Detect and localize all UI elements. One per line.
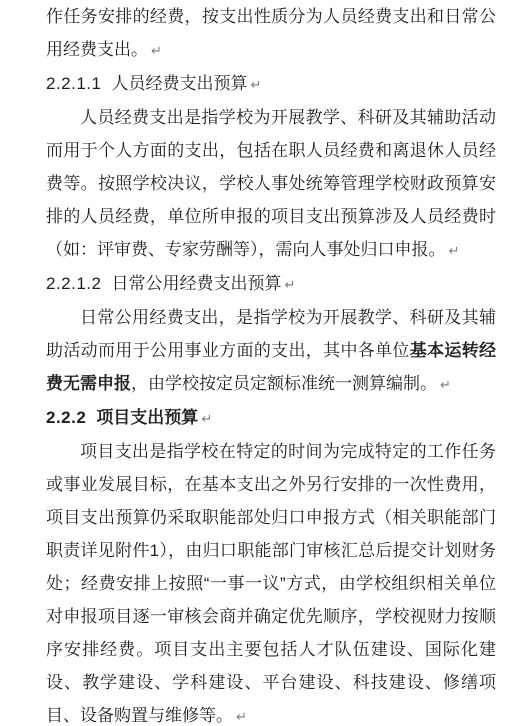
paragraph-text: ，由学校按定员定额标准统一测算编制。 [131,374,437,393]
paragraph-intro-continuation: 作任务安排的经费，按支出性质分为人员经费支出和日常公用经费支出。↵ [46,0,496,67]
paragraph-mark-icon: ↵ [285,277,296,292]
heading-2-2-2: 2.2.2项目支出预算↵ [46,401,496,435]
heading-label: 项目支出预算 [96,408,198,427]
paragraph-personnel-expense: 人员经费支出是指学校为开展教学、科研及其辅助活动而用于个人方面的支出，包括在职人… [46,101,496,267]
document-body: 作任务安排的经费，按支出性质分为人员经费支出和日常公用经费支出。↵ 2.2.1.… [0,0,520,726]
paragraph-project-expense: 项目支出是指学校在特定的时间为完成特定的工作任务或事业发展目标，在基本支出之外另… [46,435,496,726]
heading-label: 人员经费支出预算 [112,74,248,93]
document-page: 作任务安排的经费，按支出性质分为人员经费支出和日常公用经费支出。↵ 2.2.1.… [0,0,520,726]
paragraph-mark-icon: ↵ [440,377,451,392]
heading-number: 2.2.2 [46,408,86,427]
paragraph-text: 项目支出是指学校在特定的时间为完成特定的工作任务或事业发展目标，在基本支出之外另… [46,442,496,725]
paragraph-text: 人员经费支出是指学校为开展教学、科研及其辅助活动而用于个人方面的支出，包括在职人… [46,108,496,259]
paragraph-mark-icon: ↵ [236,709,247,724]
paragraph-mark-icon: ↵ [151,43,162,58]
paragraph-daily-expense: 日常公用经费支出，是指学校为开展教学、科研及其辅助活动而用于公用事业方面的支出，… [46,301,496,401]
heading-number: 2.2.1.1 [46,74,102,93]
heading-label: 日常公用经费支出预算 [112,274,282,293]
paragraph-text: 作任务安排的经费，按支出性质分为人员经费支出和日常公用经费支出。 [46,7,496,59]
paragraph-mark-icon: ↵ [251,77,262,92]
heading-2-2-1-2: 2.2.1.2日常公用经费支出预算↵ [46,267,496,301]
paragraph-mark-icon: ↵ [201,411,212,426]
heading-number: 2.2.1.2 [46,274,102,293]
heading-2-2-1-1: 2.2.1.1人员经费支出预算↵ [46,67,496,101]
paragraph-mark-icon: ↵ [449,243,460,258]
